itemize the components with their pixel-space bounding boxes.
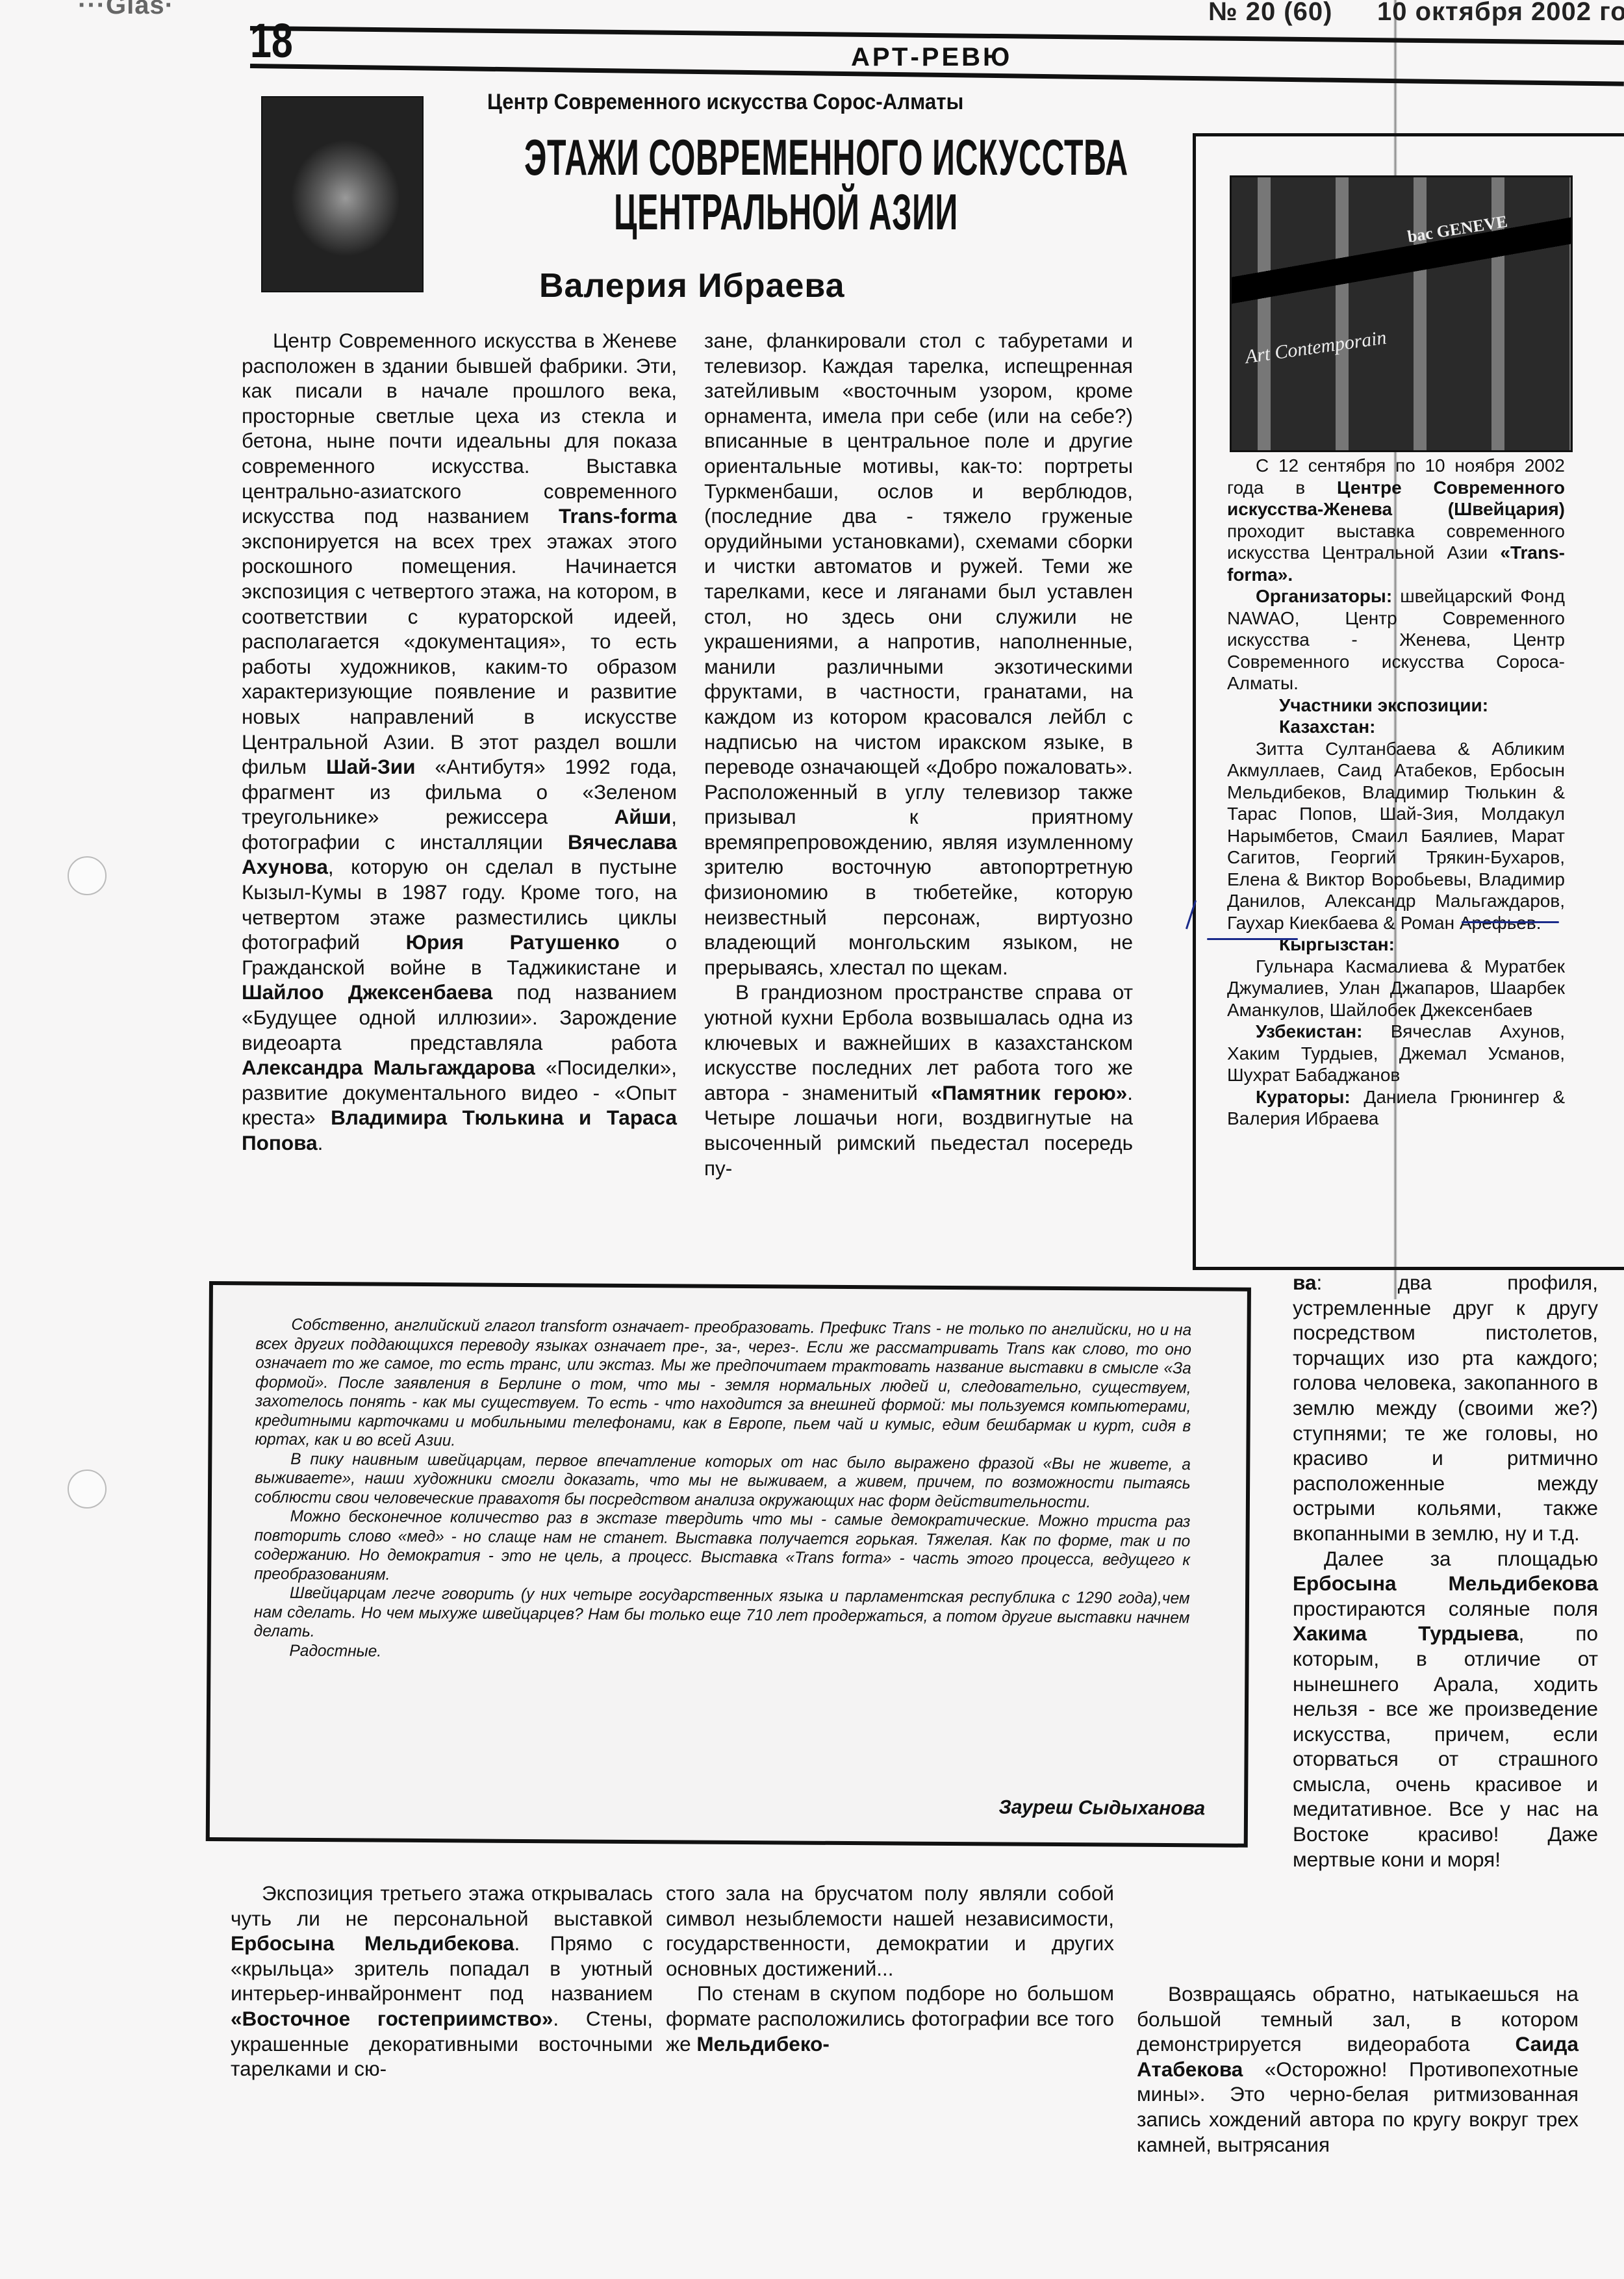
building-sign: Art Contemporain [1244,327,1388,368]
pen-underline [1207,938,1298,940]
article-column-2: зане, фланкировали стол с табуретами и т… [704,328,1133,1180]
headline-line-2: ЦЕНТРАЛЬНОЙ АЗИИ [524,185,1048,239]
organizers: Организаторы: швейцарский Фонд NAWAO, Це… [1227,585,1565,694]
kazakhstan-participants: Зитта Султанбаева & Абликим Акмуллаев, С… [1227,738,1565,934]
page-number: 18 [250,17,293,65]
exhibition-info-box: Art Contemporain bac GENEVE С 12 сентябр… [1193,133,1624,1270]
quote-sidebar-box: Собственно, английский глагол transform … [206,1281,1251,1848]
paragraph: ва: два профиля, устремленные друг к дру… [1293,1270,1598,1546]
masthead-fragment: ···Glas· [78,0,174,20]
paragraph: В грандиозном пространстве справа от уют… [704,980,1133,1180]
article-byline: Валерия Ибраева [539,266,845,305]
kyrgyzstan-participants: Гульнара Касмалиева & Муратбек Джумалиев… [1227,956,1565,1021]
paragraph: Центр Современного искусства в Женеве ра… [242,328,677,1156]
kyrgyzstan-heading: Кыргызстан: [1227,934,1565,956]
article-kicker: Центр Современного искусства Сорос-Алмат… [487,90,963,115]
article-headline: ЭТАЖИ СОВРЕМЕННОГО ИСКУССТВА ЦЕНТРАЛЬНОЙ… [364,130,1208,239]
uzbekistan-participants: Узбекистан: Вячеслав Ахунов, Хаким Турды… [1227,1021,1565,1086]
issue-date: 10 октября 2002 года [1377,0,1624,27]
section-title: АРТ-РЕВЮ [851,43,1012,72]
participants-heading: Участники экспозиции: [1227,694,1565,717]
quote-paragraph: Швейцарцам легче говорить (у них четыре … [254,1583,1190,1646]
headline-line-1: ЭТАЖИ СОВРЕМЕННОГО ИСКУССТВА [524,130,1048,185]
article-column-1: Центр Современного искусства в Женеве ра… [242,328,677,1156]
quote-paragraph: Собственно, английский глагол transform … [255,1315,1191,1455]
paragraph: Экспозиция третьего этажа открывалась чу… [231,1881,653,2082]
bottom-column-2: стого зала на брусчатом полу являли собо… [666,1881,1114,2056]
quote-paragraph: Можно бесконечное количество раз в экста… [254,1507,1190,1589]
exhibition-intro: С 12 сентября по 10 ноября 2002 года в Ц… [1227,455,1565,585]
punch-hole [68,1470,107,1509]
paragraph: стого зала на брусчатом полу являли собо… [666,1881,1114,1981]
punch-hole [68,856,107,895]
article-column-3-continued: Возвращаясь обратно, натыкаешься на боль… [1137,1981,1579,2157]
quote-paragraph: В пику наивным швейцарцам, первое впечат… [255,1449,1191,1512]
bottom-column-1: Экспозиция третьего этажа открывалась чу… [231,1881,653,2082]
quote-signature: Зауреш Сыдыханова [998,1796,1205,1820]
kazakhstan-heading: Казахстан: [1227,716,1565,738]
gallery-building-photo: Art Contemporain bac GENEVE [1230,175,1573,452]
curators: Кураторы: Даниела Грюнингер & Валерия Иб… [1227,1086,1565,1130]
building-sign: bac GENEVE [1406,212,1509,247]
paragraph: По стенам в скупом подборе но большом фо… [666,1981,1114,2056]
masthead-top-rule [250,26,1624,45]
issue-number: № 20 (60) [1208,0,1332,27]
paragraph: Возвращаясь обратно, натыкаешься на боль… [1137,1981,1579,2157]
pen-underline [1462,921,1559,923]
article-column-3: ва: два профиля, устремленные друг к дру… [1293,1270,1598,1872]
paragraph: Далее за площадью Ербосына Мельдибекова … [1293,1546,1598,1872]
quote-text: Собственно, английский глагол transform … [253,1315,1191,1666]
paragraph: зане, фланкировали стол с табуретами и т… [704,328,1133,980]
exhibition-info-text: С 12 сентября по 10 ноября 2002 года в Ц… [1227,455,1565,1130]
